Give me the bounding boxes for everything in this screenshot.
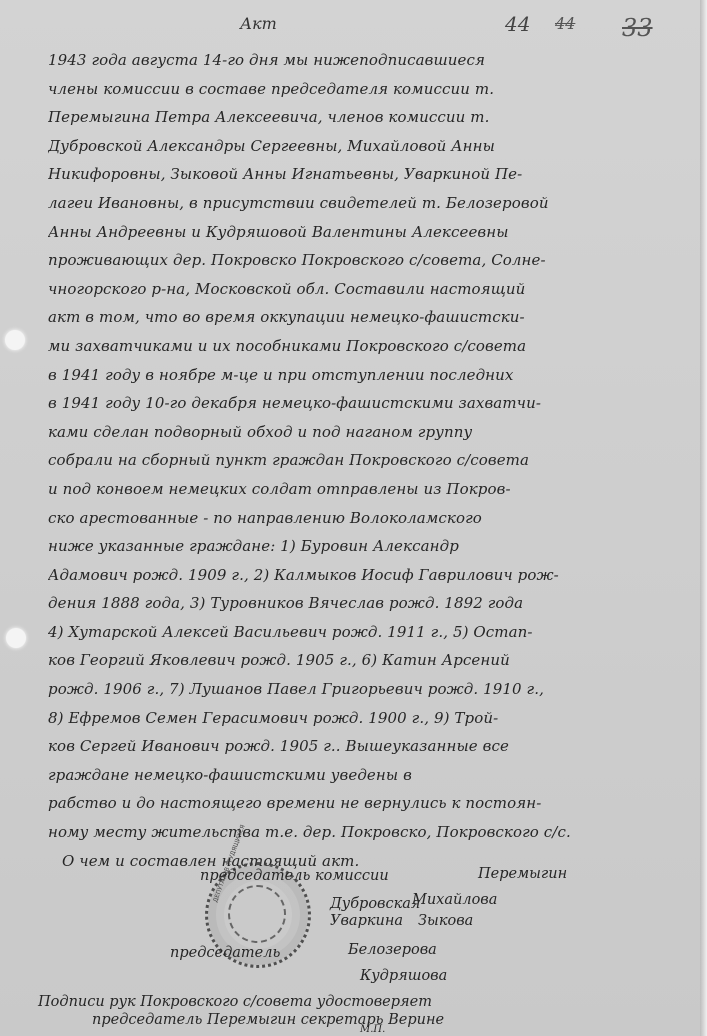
body-line: ско арестованные - по направлению Волоко… bbox=[48, 504, 688, 533]
body-line: ков Сергей Иванович рожд. 1905 г.. Вышеу… bbox=[48, 732, 688, 761]
stamp-emblem bbox=[228, 885, 286, 943]
member-signature: Михайлова bbox=[412, 892, 497, 908]
body-line: граждане немецко-фашистскими уведены в bbox=[48, 761, 688, 790]
body-line: чногорского р-на, Московской обл. Состав… bbox=[48, 275, 688, 304]
body-line: 1943 года августа 14-го дня мы нижеподпи… bbox=[48, 46, 688, 75]
body-line: Адамович рожд. 1909 г., 2) Калмыков Иоси… bbox=[48, 561, 688, 590]
witness-signature: Кудряшова bbox=[360, 968, 447, 984]
document-body: 1943 года августа 14-го дня мы нижеподпи… bbox=[48, 46, 688, 875]
body-line: в 1941 году 10-го декабря немецко-фашист… bbox=[48, 389, 688, 418]
folio-number-struck: 33 bbox=[622, 14, 653, 42]
body-line: рабство и до настоящего времени не верну… bbox=[48, 789, 688, 818]
body-line: в 1941 году в ноябре м-це и при отступле… bbox=[48, 361, 688, 390]
chair-signature-label: председатель комиссии bbox=[200, 868, 389, 884]
body-line: лагеи Ивановны, в присутствии свидетелей… bbox=[48, 189, 688, 218]
body-line: Никифоровны, Зыковой Анны Игнатьевны, Ув… bbox=[48, 160, 688, 189]
body-line: ков Георгий Яковлевич рожд. 1905 г., 6) … bbox=[48, 646, 688, 675]
seal-place-label: М.П. bbox=[360, 1024, 385, 1035]
body-line: ми захватчиками и их пособниками Покровс… bbox=[48, 332, 688, 361]
body-line: ному месту жительства т.е. дер. Покровск… bbox=[48, 818, 688, 847]
document-title: Акт bbox=[240, 14, 277, 33]
folio-number: 44 bbox=[505, 12, 530, 36]
body-line: члены комиссии в составе председателя ко… bbox=[48, 75, 688, 104]
body-line: 8) Ефремов Семен Герасимович рожд. 1900 … bbox=[48, 704, 688, 733]
punch-hole bbox=[5, 330, 25, 350]
body-line: акт в том, что во время оккупации немецк… bbox=[48, 303, 688, 332]
document-page: Акт 44 44 33 1943 года августа 14-го дня… bbox=[0, 0, 700, 1036]
certification-line: Подписи рук Покровского с/совета удостов… bbox=[38, 994, 432, 1010]
member-signature: Уваркина bbox=[330, 913, 403, 929]
member-signature: Зыкова bbox=[418, 913, 473, 929]
body-line: собрали на сборный пункт граждан Покровс… bbox=[48, 446, 688, 475]
body-line: рожд. 1906 г., 7) Лушанов Павел Григорье… bbox=[48, 675, 688, 704]
body-line: проживающих дер. Покровско Покровского с… bbox=[48, 246, 688, 275]
body-line: ками сделан подворный обход и под нагано… bbox=[48, 418, 688, 447]
body-line: 4) Хутарской Алексей Васильевич рожд. 19… bbox=[48, 618, 688, 647]
member-signature: Дубровская bbox=[330, 896, 421, 912]
chair-signature: Перемыгин bbox=[478, 866, 567, 882]
body-line: Анны Андреевны и Кудряшовой Валентины Ал… bbox=[48, 218, 688, 247]
body-line: дения 1888 года, 3) Туровников Вячеслав … bbox=[48, 589, 688, 618]
witness-label: председатель bbox=[170, 945, 280, 961]
body-line: Перемыгина Петра Алексеевича, членов ком… bbox=[48, 103, 688, 132]
page-edge bbox=[700, 0, 707, 1036]
certification-signatures: председатель Перемыгин секретарь Верине bbox=[92, 1012, 444, 1028]
body-line: ниже указанные граждане: 1) Буровин Алек… bbox=[48, 532, 688, 561]
punch-hole bbox=[6, 628, 26, 648]
folio-number-struck: 44 bbox=[555, 14, 575, 33]
body-line: и под конвоем немецких солдат отправлены… bbox=[48, 475, 688, 504]
witness-signature: Белозерова bbox=[348, 942, 437, 958]
body-line: Дубровской Александры Сергеевны, Михайло… bbox=[48, 132, 688, 161]
